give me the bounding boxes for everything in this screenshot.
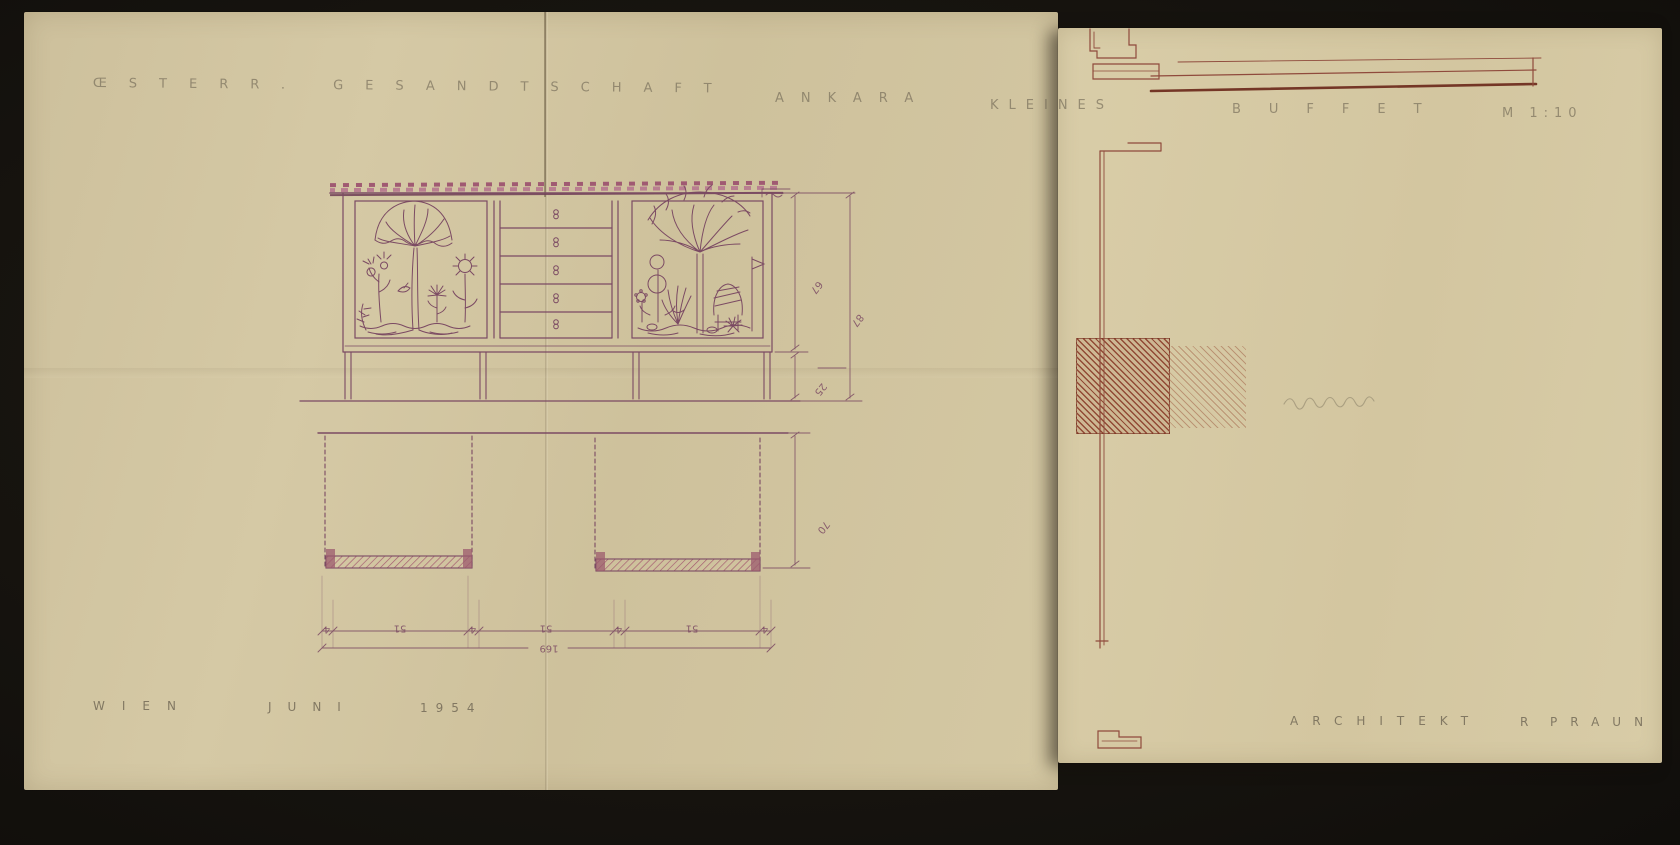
dim-chain-4: 4 bbox=[616, 624, 622, 635]
detail-profile-drawing bbox=[1090, 29, 1541, 748]
left-door-panel-motif bbox=[357, 201, 477, 335]
date-city: WIEN bbox=[93, 699, 193, 713]
dim-total: 169 bbox=[539, 643, 558, 654]
credit-initial: R bbox=[1520, 715, 1528, 729]
dim-chain-2: 4 bbox=[470, 624, 476, 635]
elevation-body bbox=[330, 193, 783, 352]
dim-chain-1: 51 bbox=[394, 623, 407, 634]
title-object-word2: BUFFET bbox=[1232, 102, 1450, 117]
elevation-legs bbox=[300, 352, 800, 401]
plan-view bbox=[318, 433, 788, 571]
credit-label: ARCHITEKT bbox=[1290, 714, 1482, 728]
credit-name: PRAUN bbox=[1550, 715, 1656, 729]
dim-chain-0: 4 bbox=[324, 624, 330, 635]
right-door-panel-motif bbox=[635, 185, 764, 336]
dimension-lines bbox=[318, 189, 862, 652]
date-month: JUNI bbox=[268, 700, 357, 714]
dim-chain-6: 4 bbox=[762, 624, 768, 635]
date-year: 1954 bbox=[420, 701, 483, 715]
title-scale: M 1:10 bbox=[1502, 106, 1583, 121]
pencil-note bbox=[1284, 397, 1374, 409]
photographed-drawing: ŒSTERR. GESANDTSCHAFT ANKARA KLEINES BUF… bbox=[0, 0, 1680, 845]
title-object-word1: KLEINES bbox=[990, 98, 1114, 113]
dim-chain-3: 51 bbox=[540, 623, 553, 634]
title-city: ANKARA bbox=[775, 91, 930, 106]
dim-chain-5: 51 bbox=[686, 623, 699, 634]
